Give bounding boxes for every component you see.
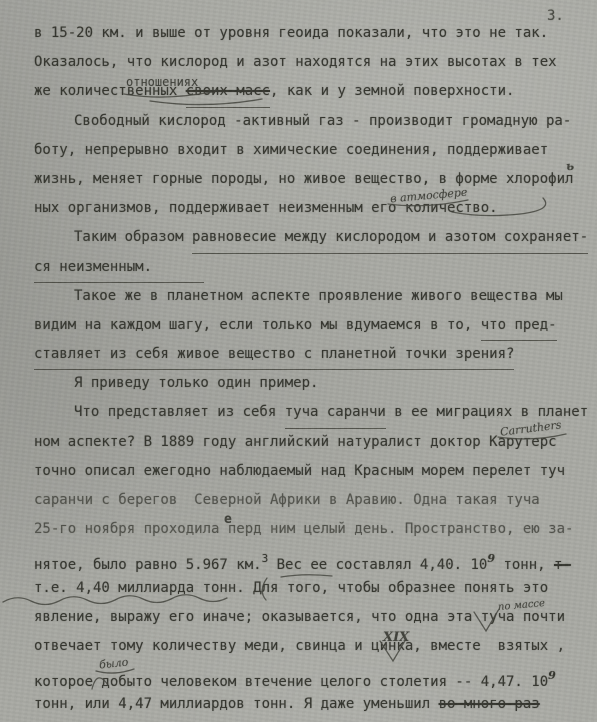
typed-segment: Оказалось, что кислород и азот находятся… xyxy=(34,48,557,77)
typed-segment: . Для того, чтобы образнее понять это xyxy=(236,574,548,603)
typed-line: ставляет из себя живое вещество с планет… xyxy=(34,340,597,369)
typed-segment: 25-го ноября проходила перд ним целый де… xyxy=(34,515,573,544)
typed-segment: Свободный кислород -активный газ - произ… xyxy=(74,107,571,136)
typed-segment: ставляет из себя живое вещество с планет… xyxy=(34,340,514,370)
typed-line: же количественных своих масс, как и у зе… xyxy=(34,77,597,106)
typed-segment: жизнь, меняет горные породы, но живое ве… xyxy=(34,165,573,194)
typed-segment: своих масс xyxy=(186,77,270,107)
insert-otnosheniyakh: отношениях xyxy=(126,75,198,89)
typed-segment: т- xyxy=(554,551,571,580)
typed-line: 25-го ноября проходила перд ним целый де… xyxy=(34,515,597,544)
typed-segment: равновесие между кислородом и азотом сох… xyxy=(192,223,588,253)
typed-line: жизнь, меняет горные породы, но живое ве… xyxy=(34,165,597,194)
insert-e: е xyxy=(224,512,232,527)
typed-segment: Что представляет из себя xyxy=(74,398,285,427)
typed-segment: во много раз xyxy=(439,690,540,719)
typed-segment: тонн, или 4,47 миллиардов тонн. Я даже у… xyxy=(34,690,439,719)
typed-segment: Я приведу только один пример. xyxy=(74,369,318,398)
typed-line: т.е. 4,40 миллиарда тонн. Для того, чтоб… xyxy=(34,574,597,603)
typed-segment: ном аспекте? В 1889 году английский нату… xyxy=(34,428,557,457)
insert-xix: XIX xyxy=(383,630,409,645)
typed-segment: 9 xyxy=(487,544,495,573)
typed-segment: боту, непрерывно входит в химические сое… xyxy=(34,136,548,165)
typed-segment: 3 xyxy=(262,544,269,573)
typed-line: в 15-20 км. и выше от уровня геоида пока… xyxy=(34,19,597,48)
typed-text-block: в 15-20 км. и выше от уровня геоида пока… xyxy=(34,19,597,720)
insert-soft-sign: ь xyxy=(565,159,574,174)
typed-segment: явление, выражу его иначе; оказывается, … xyxy=(34,603,565,632)
typed-segment: видим на каждом шагу, если только мы вду… xyxy=(34,311,481,340)
typed-line: Я приведу только один пример. xyxy=(34,369,597,398)
typed-segment: 9 xyxy=(548,661,556,690)
typed-segment: т.е. 4,40 миллиарда тонн xyxy=(34,574,236,603)
typed-segment: туча саранчи xyxy=(285,398,386,428)
typed-line: тонн, или 4,47 миллиардов тонн. Я даже у… xyxy=(34,690,597,719)
typed-line: ных организмов, поддерживает неизменным … xyxy=(34,194,597,223)
typed-segment: саранчи с берегов Северной Африки в Арав… xyxy=(34,486,540,515)
typed-line: Таким образом равновесие между кислородо… xyxy=(34,223,597,252)
typed-line: Оказалось, что кислород и азот находятся… xyxy=(34,48,597,77)
typed-line: видим на каждом шагу, если только мы вду… xyxy=(34,311,597,340)
typed-segment: Такое же в планетном аспекте проявление … xyxy=(74,282,563,311)
typed-line: Такое же в планетном аспекте проявление … xyxy=(34,282,597,311)
typed-segment: , как и у земной поверхности. xyxy=(270,77,514,106)
document-page: 3. в 15-20 км. и выше от уровня геоида п… xyxy=(0,0,597,722)
typed-line: боту, непрерывно входит в химические сое… xyxy=(34,136,597,165)
typed-segment: в 15-20 км. и выше от уровня геоида пока… xyxy=(34,19,548,48)
typed-line: нятое, было равно 5.967 км.3 Вес ее сост… xyxy=(34,544,597,573)
typed-segment: точно описал ежегодно наблюдаемый над Кр… xyxy=(34,457,565,486)
typed-line: Свободный кислород -активный газ - произ… xyxy=(34,107,597,136)
typed-segment: что пред- xyxy=(481,311,557,341)
typed-line: ся неизменным. xyxy=(34,253,597,282)
typed-line: саранчи с берегов Северной Африки в Арав… xyxy=(34,486,597,515)
typed-line: точно описал ежегодно наблюдаемый над Кр… xyxy=(34,457,597,486)
typed-segment: ся неизменным. xyxy=(34,253,204,283)
typed-segment: Таким образом xyxy=(74,223,192,252)
